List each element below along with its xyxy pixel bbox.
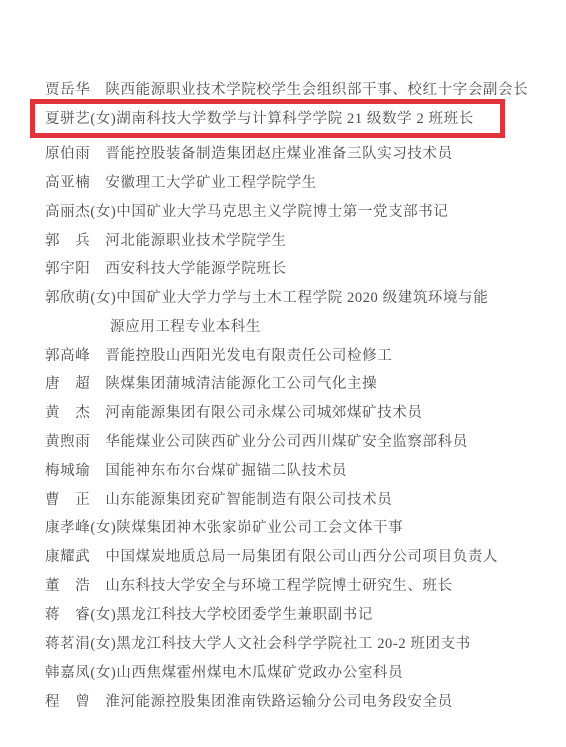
- entry-description: 河南能源集团有限公司永煤公司城郊煤矿技术员: [105, 405, 422, 421]
- list-entry-highlighted: 夏骈艺(女)湖南科技大学数学与计算科学学院 21 级数学 2 班班长: [45, 109, 540, 129]
- entry-gender-marker: [90, 463, 105, 479]
- entry-name: 曹 正: [45, 492, 90, 508]
- entry-name: 蒋 睿: [45, 607, 90, 623]
- list-entry: 黄煦雨 华能煤业公司陕西矿业分公司西川煤矿安全监察部科员: [45, 432, 540, 452]
- entry-description: 淮河能源控股集团淮南铁路运输分公司电务段安全员: [105, 694, 452, 710]
- entry-name: 黄煦雨: [45, 434, 90, 450]
- entry-name: 夏骈艺: [45, 111, 90, 127]
- entry-name: 唐 超: [45, 376, 90, 392]
- entry-name: 原伯雨: [45, 146, 90, 162]
- entry-description: 中国煤炭地质总局一局集团有限公司山西分公司项目负责人: [105, 549, 498, 565]
- entry-gender-marker: (女): [90, 607, 116, 623]
- entry-gender-marker: [90, 348, 105, 364]
- document-page: 贾岳华 陕西能源职业技术学院校学生会组织部干事、校红十字会副会长 夏骈艺(女)湖…: [0, 0, 566, 747]
- entry-gender-marker: [90, 434, 105, 450]
- entry-name: 康孝峰: [45, 520, 90, 536]
- list-entry-continuation: 源应用工程专业本科生: [110, 317, 566, 337]
- list-entry: 贾岳华 陕西能源职业技术学院校学生会组织部干事、校红十字会副会长: [45, 80, 540, 100]
- list-entry: 郭高峰 晋能控股山西阳光发电有限责任公司检修工: [45, 346, 540, 366]
- entry-gender-marker: [90, 549, 105, 565]
- entry-gender-marker: (女): [90, 636, 116, 652]
- list-entry: 蒋 睿(女)黑龙江科技大学校团委学生兼职副书记: [45, 605, 540, 625]
- entry-description: 西安科技大学能源学院班长: [105, 261, 286, 277]
- entry-gender-marker: [90, 376, 105, 392]
- list-entry: 唐 超 陕煤集团蒲城清洁能源化工公司气化主操: [45, 374, 540, 394]
- entry-name: 梅城瑜: [45, 463, 90, 479]
- entry-name: 黄 杰: [45, 405, 90, 421]
- list-entry: 董 浩 山东科技大学安全与环境工程学院博士研究生、班长: [45, 576, 540, 596]
- entry-description: 中国矿业大学马克思主义学院博士第一党支部书记: [116, 204, 448, 220]
- list-entry: 梅城瑜 国能神东布尔台煤矿掘锚二队技术员: [45, 461, 540, 481]
- entry-gender-marker: (女): [90, 111, 116, 127]
- entry-description: 中国矿业大学力学与土木工程学院 2020 级建筑环境与能: [116, 290, 488, 306]
- entry-name: 高丽杰: [45, 204, 90, 220]
- entry-name: 董 浩: [45, 578, 90, 594]
- entry-gender-marker: (女): [90, 204, 116, 220]
- entry-gender-marker: [90, 261, 105, 277]
- entry-gender-marker: (女): [90, 520, 116, 536]
- entry-gender-marker: [90, 175, 105, 191]
- list-entry: 高丽杰(女)中国矿业大学马克思主义学院博士第一党支部书记: [45, 202, 540, 222]
- entry-description: 黑龙江科技大学人文社会科学学院社工 20-2 班团支书: [116, 636, 471, 652]
- entry-name: 郭 兵: [45, 233, 90, 249]
- entry-name: 蒋茗涓: [45, 636, 90, 652]
- entry-name: 郭高峰: [45, 348, 90, 364]
- entry-description: 晋能控股装备制造集团赵庄煤业准备三队实习技术员: [105, 146, 452, 162]
- entry-description: 安徽理工大学矿业工程学院学生: [105, 175, 316, 191]
- entry-name: 郭欣萌: [45, 290, 90, 306]
- entry-description: 陕西能源职业技术学院校学生会组织部干事、校红十字会副会长: [105, 82, 528, 98]
- entry-gender-marker: [90, 492, 105, 508]
- entry-gender-marker: [90, 405, 105, 421]
- entry-description: 山东科技大学安全与环境工程学院博士研究生、班长: [105, 578, 452, 594]
- entry-description: 陕煤集团蒲城清洁能源化工公司气化主操: [105, 376, 377, 392]
- entry-description: 山西焦煤霍州煤电木瓜煤矿党政办公室科员: [116, 665, 403, 681]
- entry-gender-marker: [90, 233, 105, 249]
- entry-description: 山东能源集团兖矿智能制造有限公司技术员: [105, 492, 392, 508]
- entry-description: 陕煤集团神木张家峁矿业公司工会文体干事: [116, 520, 403, 536]
- list-entry: 蒋茗涓(女)黑龙江科技大学人文社会科学学院社工 20-2 班团支书: [45, 634, 540, 654]
- entry-description: 湖南科技大学数学与计算科学学院 21 级数学 2 班班长: [116, 111, 474, 127]
- entry-description: 国能神东布尔台煤矿掘锚二队技术员: [105, 463, 347, 479]
- list-entry: 郭 兵 河北能源职业技术学院学生: [45, 231, 540, 251]
- list-entry: 原伯雨 晋能控股装备制造集团赵庄煤业准备三队实习技术员: [45, 144, 540, 164]
- entry-gender-marker: (女): [90, 290, 116, 306]
- entry-gender-marker: (女): [90, 665, 116, 681]
- list-entry: 康孝峰(女)陕煤集团神木张家峁矿业公司工会文体干事: [45, 518, 540, 538]
- list-entry: 程 曾 淮河能源控股集团淮南铁路运输分公司电务段安全员: [45, 692, 540, 712]
- entry-gender-marker: [90, 578, 105, 594]
- entry-description: 河北能源职业技术学院学生: [105, 233, 286, 249]
- entry-gender-marker: [90, 146, 105, 162]
- entry-name: 程 曾: [45, 694, 90, 710]
- entry-description: 源应用工程专业本科生: [110, 319, 261, 335]
- list-entry: 郭欣萌(女)中国矿业大学力学与土木工程学院 2020 级建筑环境与能: [45, 288, 540, 308]
- entry-description: 华能煤业公司陕西矿业分公司西川煤矿安全监察部科员: [105, 434, 467, 450]
- list-entry: 郭宇阳 西安科技大学能源学院班长: [45, 259, 540, 279]
- list-entry: 韩嘉凤(女)山西焦煤霍州煤电木瓜煤矿党政办公室科员: [45, 663, 540, 683]
- list-entry: 黄 杰 河南能源集团有限公司永煤公司城郊煤矿技术员: [45, 403, 540, 423]
- list-entry: 康耀武 中国煤炭地质总局一局集团有限公司山西分公司项目负责人: [45, 547, 540, 567]
- entry-description: 晋能控股山西阳光发电有限责任公司检修工: [105, 348, 392, 364]
- entry-description: 黑龙江科技大学校团委学生兼职副书记: [116, 607, 373, 623]
- entry-name: 贾岳华: [45, 82, 90, 98]
- list-entry: 高亚楠 安徽理工大学矿业工程学院学生: [45, 173, 540, 193]
- entry-name: 韩嘉凤: [45, 665, 90, 681]
- entry-name: 郭宇阳: [45, 261, 90, 277]
- entry-gender-marker: [90, 82, 105, 98]
- list-entry: 曹 正 山东能源集团兖矿智能制造有限公司技术员: [45, 490, 540, 510]
- entry-gender-marker: [90, 694, 105, 710]
- entry-name: 高亚楠: [45, 175, 90, 191]
- entry-name: 康耀武: [45, 549, 90, 565]
